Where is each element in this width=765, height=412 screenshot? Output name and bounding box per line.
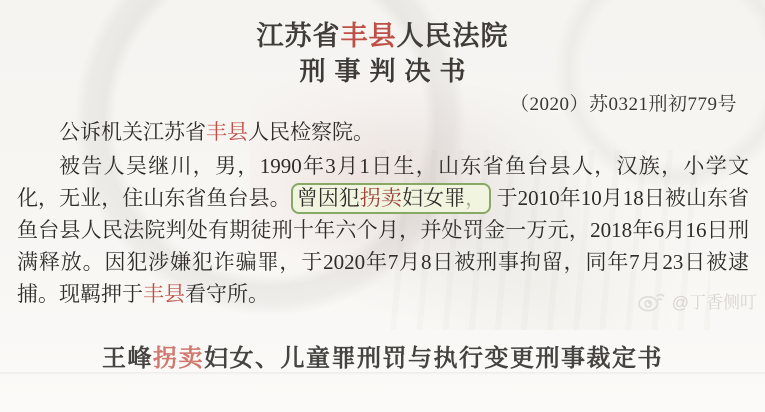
highlight-trafficking-red: 拐卖	[360, 186, 402, 210]
prosecution-text: 公诉机关江苏省	[59, 120, 206, 144]
document-type-title: 刑事判决书	[0, 51, 765, 88]
watermark-handle: @丁香侧叮	[672, 288, 757, 313]
court-title-suffix: 人民法院	[397, 21, 509, 51]
weibo-watermark: @丁香侧叮	[636, 288, 757, 313]
prosecution-paragraph: 公诉机关江苏省丰县人民检察院。	[17, 116, 749, 148]
ruling-name: 王峰	[102, 345, 153, 372]
defendant-county-red: 丰县	[143, 282, 185, 306]
highlight-text-end: 妇女罪	[402, 186, 465, 210]
prosecution-text-end: 人民检察院。	[248, 120, 374, 144]
case-number: （2020）苏0321刑初779号	[510, 89, 737, 116]
highlight-trailing-comma: ，	[465, 186, 486, 210]
ruling-title-rest: 妇女、儿童罪刑罚与执行变更刑事裁定书	[204, 345, 663, 372]
prior-offense-highlight-box: 曾因犯拐卖妇女罪，	[291, 183, 492, 214]
court-title-prefix: 江苏省	[257, 21, 341, 51]
court-title-county-red: 丰县	[341, 21, 397, 51]
prosecution-county-red: 丰县	[206, 120, 248, 144]
defendant-text-end: 看守所。	[185, 282, 269, 306]
court-title: 江苏省丰县人民法院	[0, 14, 765, 53]
defendant-paragraph: 被告人吴继川，男，1990年3月1日生，山东省鱼台县人，汉族，小学文化，无业，住…	[17, 150, 749, 310]
ruling-title: 王峰拐卖妇女、儿童罪刑罚与执行变更刑事裁定书	[0, 338, 765, 373]
judgment-document-page: 江苏省丰县人民法院 刑事判决书 （2020）苏0321刑初779号 公诉机关江苏…	[0, 0, 765, 412]
highlight-text-start: 曾因犯	[297, 186, 360, 210]
weibo-logo-icon	[636, 289, 666, 313]
ruling-trafficking-red: 拐卖	[153, 345, 204, 372]
